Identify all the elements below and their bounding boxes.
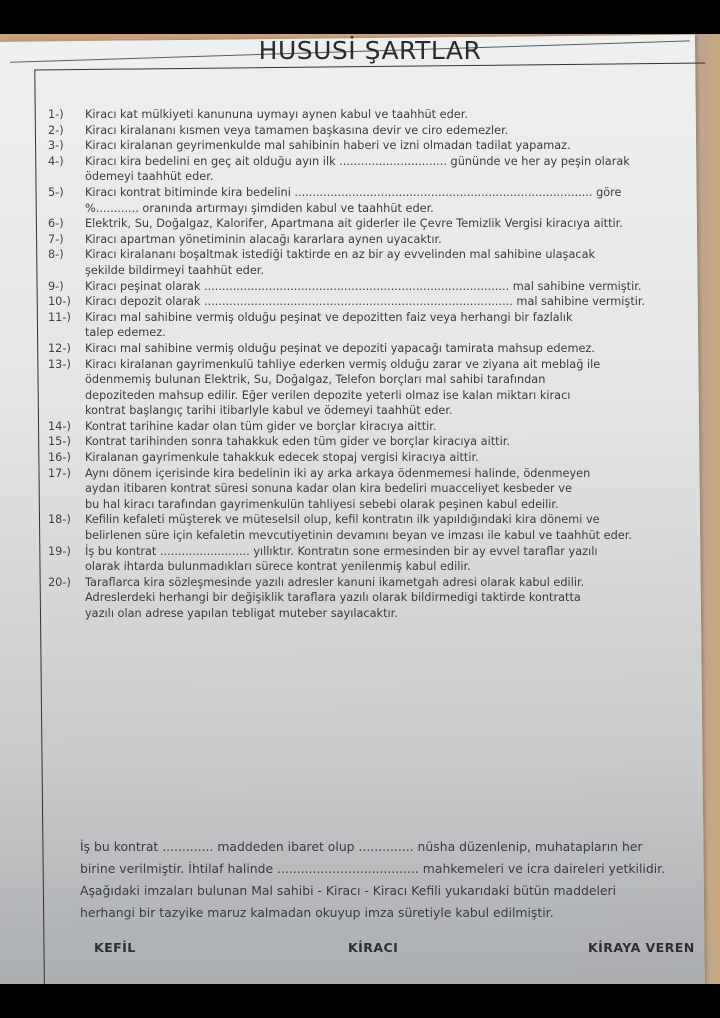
clause-line: İş bu kontrat ......................... … — [85, 544, 688, 560]
clause-item: 3-)Kiracı kiralanan geyrimenkulde mal sa… — [48, 138, 688, 154]
clause-text: Kiracı kontrat bitiminde kira bedelini .… — [85, 185, 688, 216]
clause-text: Kiracı kat mülkiyeti kanununa uymayı ayn… — [85, 107, 688, 123]
clause-number: 2-) — [48, 123, 85, 139]
clause-line: Kiracı kiralanan gayrimenkulü tahliye ed… — [85, 357, 688, 373]
clause-item: 20-)Taraflarca kira sözleşmesinde yazılı… — [48, 575, 688, 622]
clause-line: Kiracı peşinat olarak ..................… — [85, 279, 688, 295]
clause-line: Kiracı kat mülkiyeti kanununa uymayı ayn… — [85, 107, 688, 123]
clause-text: Kiracı kiralananı boşaltmak istediği tak… — [85, 247, 688, 278]
clause-text: Aynı dönem içerisinde kira bedelinin iki… — [85, 466, 688, 513]
clause-line: kontrat başlangıç tarihi itibarlyle kabu… — [85, 403, 688, 419]
clause-item: 9-)Kiracı peşinat olarak ...............… — [48, 279, 688, 295]
clause-text: Kiracı apartman yönetiminin alacağı kara… — [85, 232, 688, 248]
clause-number: 18-) — [48, 512, 85, 543]
clause-number: 10-) — [48, 294, 85, 310]
clause-line: belirlenen süre için kefaletin mevcutiye… — [85, 528, 688, 544]
clause-line: %............ oranında artırmayı şimdide… — [85, 201, 688, 217]
clause-number: 8-) — [48, 247, 85, 278]
signature-label-tenant: KİRACI — [348, 940, 398, 955]
clause-line: Elektrik, Su, Doğalgaz, Kalorifer, Apart… — [85, 216, 688, 232]
clause-line: depoziteden mahsup edilir. Eğer verilen … — [85, 388, 688, 404]
clause-line: Kiracı kiralananı boşaltmak istediği tak… — [85, 247, 688, 263]
closing-line: birine verilmiştir. İhtilaf halinde ....… — [80, 858, 710, 880]
clause-item: 1-)Kiracı kat mülkiyeti kanununa uymayı … — [48, 107, 688, 123]
clause-text: İş bu kontrat ......................... … — [85, 544, 688, 575]
clause-number: 19-) — [48, 544, 85, 575]
clause-line: Taraflarca kira sözleşmesinde yazılı adr… — [85, 575, 688, 591]
clause-text: Kiracı kira bedelini en geç ait olduğu a… — [85, 154, 688, 185]
clause-number: 1-) — [48, 107, 85, 123]
clause-line: Kiracı apartman yönetiminin alacağı kara… — [85, 232, 688, 248]
clause-line: ödemeyi taahhüt eder. — [85, 169, 688, 185]
clause-text: Kiracı depozit olarak ..................… — [85, 294, 688, 310]
clause-number: 20-) — [48, 575, 85, 622]
clause-item: 5-)Kiracı kontrat bitiminde kira bedelin… — [48, 185, 688, 216]
clause-item: 12-)Kiracı mal sahibine vermiş olduğu pe… — [48, 341, 688, 357]
clause-line: ödenmemiş bulunan Elektrik, Su, Doğalgaz… — [85, 372, 688, 388]
clause-text: Kiracı mal sahibine vermiş olduğu peşina… — [85, 341, 688, 357]
clause-item: 10-)Kiracı depozit olarak ..............… — [48, 294, 688, 310]
clause-item: 13-)Kiracı kiralanan gayrimenkulü tahliy… — [48, 357, 688, 419]
clause-number: 7-) — [48, 232, 85, 248]
clause-line: yazılı olan adrese yapılan tebligat mute… — [85, 606, 688, 622]
clause-item: 4-)Kiracı kira bedelini en geç ait olduğ… — [48, 154, 688, 185]
clause-line: Kefilin kefaleti müşterek ve müteselsil … — [85, 512, 688, 528]
clause-line: Adreslerdeki herhangi bir değişiklik tar… — [85, 590, 688, 606]
clause-line: Kiracı kira bedelini en geç ait olduğu a… — [85, 154, 688, 170]
clause-text: Kiracı kiralanan geyrimenkulde mal sahib… — [85, 138, 688, 154]
clause-line: Kiracı mal sahibine vermiş olduğu peşina… — [85, 310, 688, 326]
clause-text: Kiracı kiralanan gayrimenkulü tahliye ed… — [85, 357, 688, 419]
clause-text: Taraflarca kira sözleşmesinde yazılı adr… — [85, 575, 688, 622]
clause-line: talep edemez. — [85, 325, 688, 341]
document-title: HUSUSİ ŞARTLAR — [10, 36, 720, 65]
clause-line: Kontrat tarihine kadar olan tüm gider ve… — [85, 419, 688, 435]
closing-line: herhangi bir tazyike maruz kalmadan okuy… — [80, 902, 710, 924]
clause-number: 11-) — [48, 310, 85, 341]
clause-item: 7-)Kiracı apartman yönetiminin alacağı k… — [48, 232, 688, 248]
clause-item: 17-)Aynı dönem içerisinde kira bedelinin… — [48, 466, 688, 513]
clause-number: 6-) — [48, 216, 85, 232]
clause-text: Kiracı peşinat olarak ..................… — [85, 279, 688, 295]
clause-line: aydan itibaren kontrat süresi sonuna kad… — [85, 481, 688, 497]
clause-item: 18-)Kefilin kefaleti müşterek ve mütesel… — [48, 512, 688, 543]
clause-number: 12-) — [48, 341, 85, 357]
clause-number: 13-) — [48, 357, 85, 419]
clause-number: 4-) — [48, 154, 85, 185]
clause-item: 2-)Kiracı kiralananı kısmen veya tamamen… — [48, 123, 688, 139]
clause-number: 15-) — [48, 434, 85, 450]
clause-item: 6-)Elektrik, Su, Doğalgaz, Kalorifer, Ap… — [48, 216, 688, 232]
clause-item: 19-)İş bu kontrat ......................… — [48, 544, 688, 575]
clause-text: Kiracı mal sahibine vermiş olduğu peşina… — [85, 310, 688, 341]
clause-line: Kiracı mal sahibine vermiş olduğu peşina… — [85, 341, 688, 357]
clause-number: 17-) — [48, 466, 85, 513]
closing-paragraph: İş bu kontrat ............. maddeden iba… — [80, 836, 710, 924]
closing-line: İş bu kontrat ............. maddeden iba… — [80, 836, 710, 858]
clause-number: 9-) — [48, 279, 85, 295]
clause-text: Kiralanan gayrimenkule tahakkuk edecek s… — [85, 450, 688, 466]
clause-number: 5-) — [48, 185, 85, 216]
clause-line: şekilde bildirmeyi taahhüt eder. — [85, 263, 688, 279]
clause-line: Kiralanan gayrimenkule tahakkuk edecek s… — [85, 450, 688, 466]
clause-text: Kontrat tarihinden sonra tahakkuk eden t… — [85, 434, 688, 450]
clause-number: 16-) — [48, 450, 85, 466]
clause-line: Kiracı kiralananı kısmen veya tamamen ba… — [85, 123, 688, 139]
clause-item: 14-)Kontrat tarihine kadar olan tüm gide… — [48, 419, 688, 435]
clause-line: Kiracı kiralanan geyrimenkulde mal sahib… — [85, 138, 688, 154]
clause-text: Kiracı kiralananı kısmen veya tamamen ba… — [85, 123, 688, 139]
clause-text: Kefilin kefaleti müşterek ve müteselsil … — [85, 512, 688, 543]
clause-text: Elektrik, Su, Doğalgaz, Kalorifer, Apart… — [85, 216, 688, 232]
clause-item: 16-)Kiralanan gayrimenkule tahakkuk edec… — [48, 450, 688, 466]
clause-item: 15-)Kontrat tarihinden sonra tahakkuk ed… — [48, 434, 688, 450]
signature-label-landlord: KİRAYA VEREN — [588, 940, 695, 955]
bottom-bar — [0, 984, 720, 1018]
closing-line: Aşağıdaki imzaları bulunan Mal sahibi - … — [80, 880, 710, 902]
clauses-list: 1-)Kiracı kat mülkiyeti kanununa uymayı … — [48, 107, 688, 622]
clause-line: Kiracı depozit olarak ..................… — [85, 294, 688, 310]
clause-line: bu hal kiracı tarafından gayrimenkulün t… — [85, 497, 688, 513]
clause-text: Kontrat tarihine kadar olan tüm gider ve… — [85, 419, 688, 435]
signature-label-guarantor: KEFİL — [94, 940, 136, 955]
clause-line: Kiracı kontrat bitiminde kira bedelini .… — [85, 185, 688, 201]
clause-line: Kontrat tarihinden sonra tahakkuk eden t… — [85, 434, 688, 450]
clause-item: 11-)Kiracı mal sahibine vermiş olduğu pe… — [48, 310, 688, 341]
clause-number: 3-) — [48, 138, 85, 154]
clause-line: olarak ihtarda bulunmadıkları sürece kon… — [85, 559, 688, 575]
clause-line: Aynı dönem içerisinde kira bedelinin iki… — [85, 466, 688, 482]
clause-number: 14-) — [48, 419, 85, 435]
clause-item: 8-)Kiracı kiralananı boşaltmak istediği … — [48, 247, 688, 278]
